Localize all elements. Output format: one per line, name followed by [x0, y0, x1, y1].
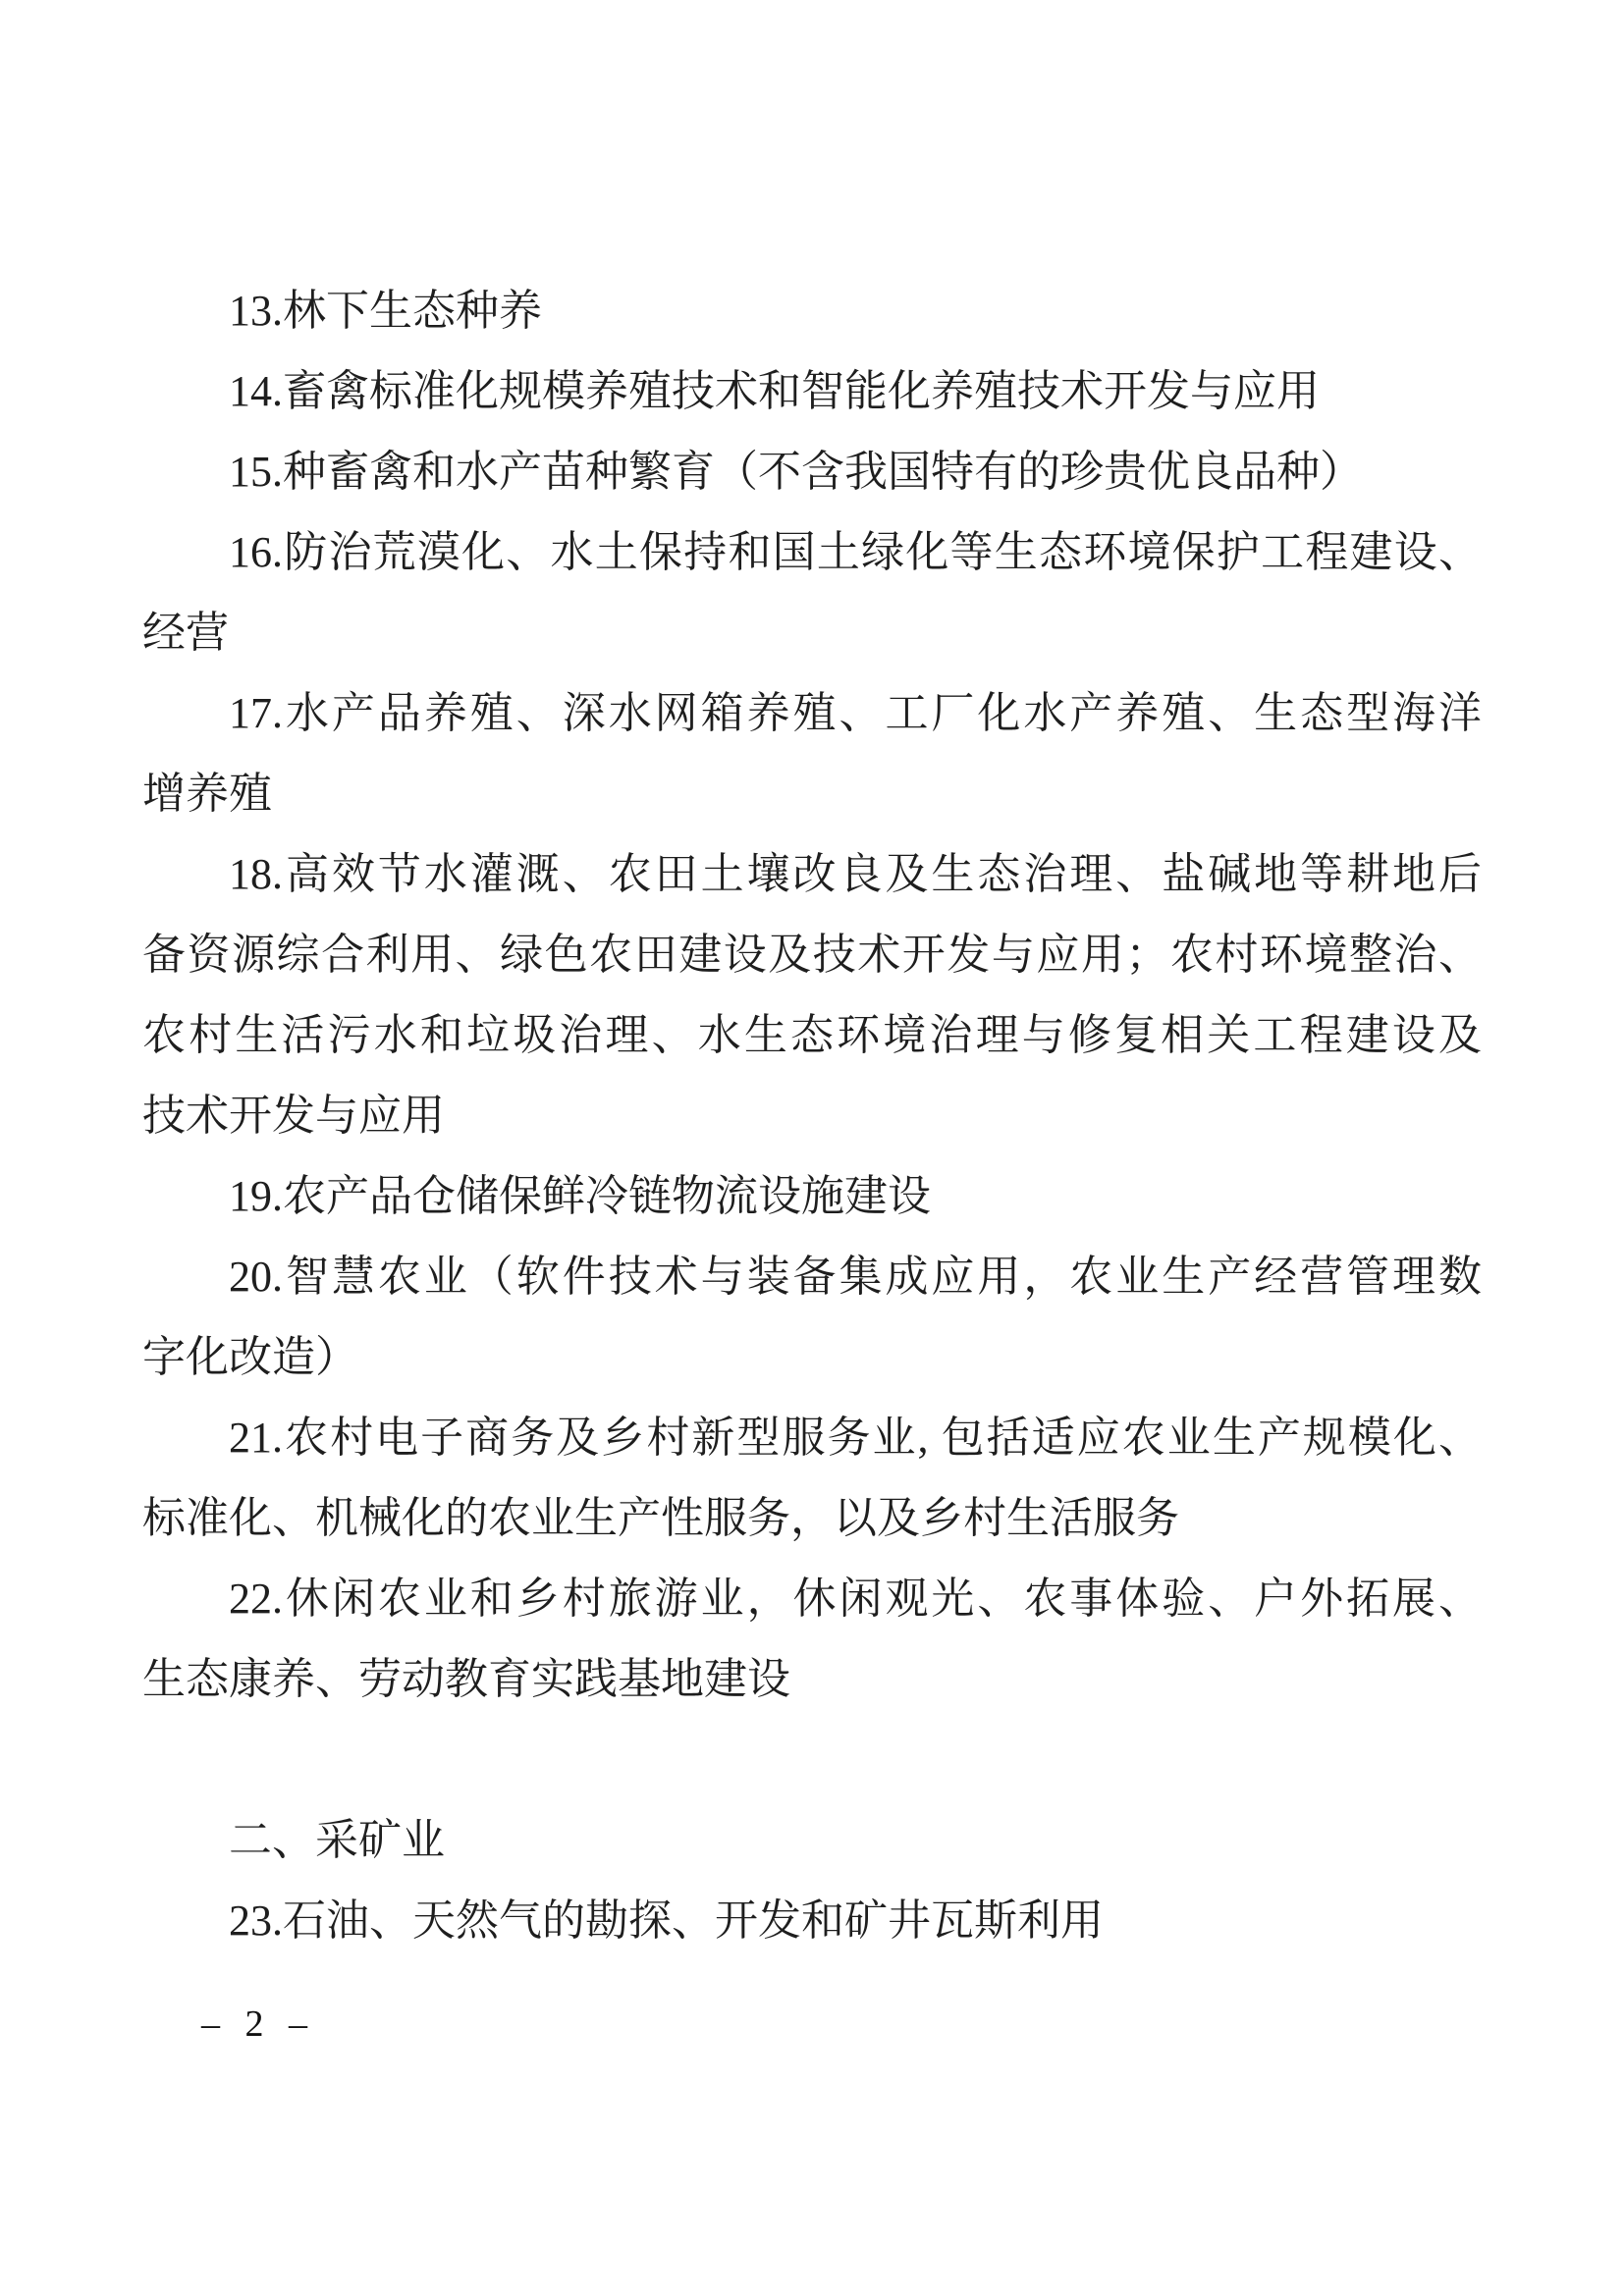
- list-item-19: 19.农产品仓储保鲜冷链物流设施建设: [142, 1156, 1482, 1237]
- list-item-17-line-2: 增养殖: [142, 754, 1482, 834]
- page-number: – 2 –: [201, 2001, 307, 2048]
- list-item-18-line-1: 18.高效节水灌溉、农田土壤改良及生态治理、盐碱地等耕地后: [142, 834, 1482, 915]
- document-body: 13.林下生态种养 14.畜禽标准化规模养殖技术和智能化养殖技术开发与应用 15…: [142, 271, 1482, 1961]
- list-item-22-line-1: 22.休闲农业和乡村旅游业，休闲观光、农事体验、户外拓展、: [142, 1559, 1482, 1639]
- list-item-15: 15.种畜禽和水产苗种繁育（不含我国特有的珍贵优良品种）: [142, 432, 1482, 512]
- list-item-20-line-2: 字化改造）: [142, 1317, 1482, 1398]
- list-item-18-line-4: 技术开发与应用: [142, 1076, 1482, 1156]
- list-item-21-line-1: 21.农村电子商务及乡村新型服务业, 包括适应农业生产规模化、: [142, 1398, 1482, 1478]
- section-header-mining: 二、采矿业: [142, 1800, 1482, 1881]
- blank-line: [142, 1720, 1482, 1800]
- list-item-16-line-1: 16.防治荒漠化、水土保持和国土绿化等生态环境保护工程建设、: [142, 512, 1482, 593]
- list-item-23: 23.石油、天然气的勘探、开发和矿井瓦斯利用: [142, 1881, 1482, 1961]
- list-item-21-line-2: 标准化、机械化的农业生产性服务，以及乡村生活服务: [142, 1478, 1482, 1559]
- list-item-14: 14.畜禽标准化规模养殖技术和智能化养殖技术开发与应用: [142, 351, 1482, 432]
- list-item-16-line-2: 经营: [142, 593, 1482, 673]
- list-item-17-line-1: 17.水产品养殖、深水网箱养殖、工厂化水产养殖、生态型海洋: [142, 673, 1482, 754]
- list-item-18-line-3: 农村生活污水和垃圾治理、水生态环境治理与修复相关工程建设及: [142, 995, 1482, 1076]
- list-item-13: 13.林下生态种养: [142, 271, 1482, 351]
- list-item-20-line-1: 20.智慧农业（软件技术与装备集成应用，农业生产经营管理数: [142, 1237, 1482, 1317]
- list-item-22-line-2: 生态康养、劳动教育实践基地建设: [142, 1639, 1482, 1720]
- list-item-18-line-2: 备资源综合利用、绿色农田建设及技术开发与应用；农村环境整治、: [142, 915, 1482, 995]
